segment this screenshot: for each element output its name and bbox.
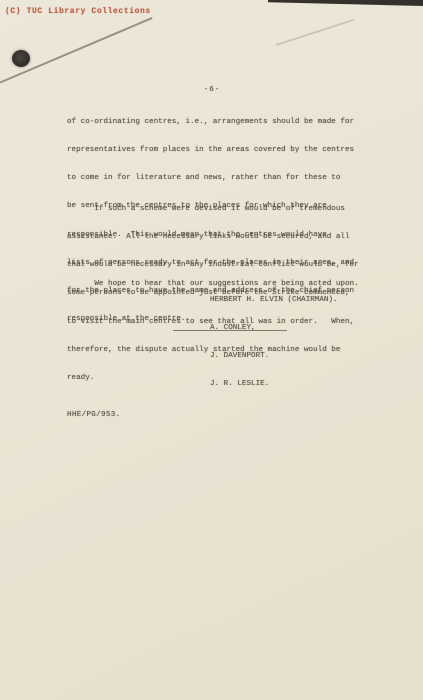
body-line: representatives from places in the areas…	[67, 146, 354, 155]
signature-block: HERBERT H. ELVIN (CHAIRMAN). A. CONLEY, …	[210, 277, 338, 409]
treasury-tag-string-faint	[276, 19, 355, 46]
punch-hole	[12, 50, 30, 67]
body-line: assistance. All the necessary links woul…	[67, 233, 359, 242]
watermark-text: (C) TUC Library Collections	[5, 7, 151, 16]
signature-line: A. CONLEY,	[210, 324, 338, 333]
document-page: (C) TUC Library Collections -6- of co-or…	[0, 0, 423, 700]
signature-line: J. R. LESLIE.	[210, 380, 338, 389]
signature-line: J. DAVENPORT.	[210, 352, 338, 361]
scan-edge	[268, 0, 423, 6]
body-line: to come in for literature and news, rath…	[67, 174, 354, 183]
signature-rule	[173, 330, 287, 331]
reference-number: HHE/PG/953.	[67, 411, 120, 420]
page-number: -6-	[54, 86, 370, 95]
body-line: If such a scheme were devised it would b…	[67, 205, 359, 214]
signature-line: HERBERT H. ELVIN (CHAIRMAN).	[210, 296, 338, 305]
body-line: of co-ordinating centres, i.e., arrangem…	[67, 118, 354, 127]
